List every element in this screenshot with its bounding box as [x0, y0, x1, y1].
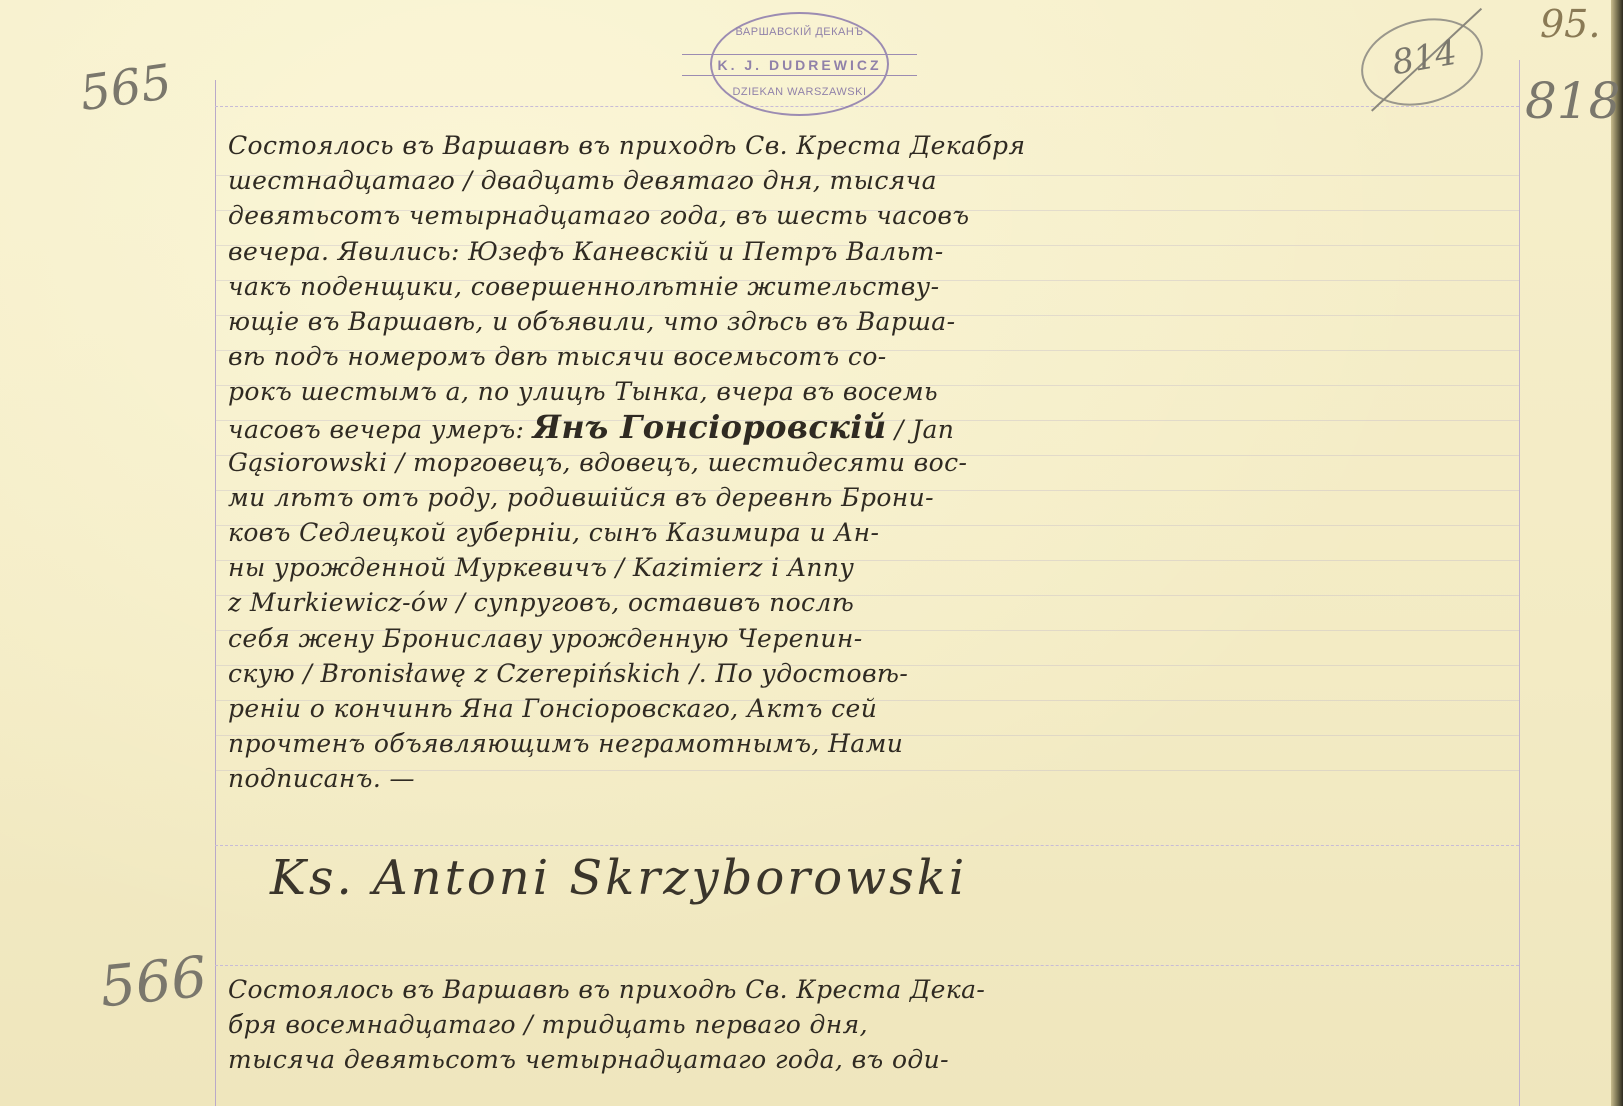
text-line: ющіе въ Варшавѣ, и объявили, что здѣсь в… [228, 304, 1518, 339]
text-line: бря восемнадцатаго / тридцать перваго дн… [228, 1007, 1518, 1042]
text-line: ны урожденной Муркевичъ / Kazimierz i An… [228, 550, 1518, 585]
text-line: вечера. Явились: Юзефъ Каневскій и Петръ… [228, 234, 1518, 269]
stamp-bottom-text: DZIEKAN WARSZAWSKI [712, 86, 887, 98]
text-line: чакъ поденщики, совершеннолѣтніе жительс… [228, 269, 1518, 304]
book-edge [1611, 0, 1623, 1106]
text-line: ковъ Седлецкой губерніи, сынъ Казимира и… [228, 515, 1518, 550]
entry-566-text: Состоялось въ Варшавѣ въ приходѣ Св. Кре… [228, 972, 1518, 1078]
stamp-top-text: ВАРШАВСКІЙ ДЕКАНЪ [712, 26, 887, 38]
text-line-with-name: часовъ вечера умеръ: Янъ Гонсіоровскій /… [228, 410, 1518, 445]
left-margin-rule [215, 80, 216, 1106]
signature-text: Ks. Antoni Skrzyborowski [270, 850, 967, 906]
text-line: скую / Bronisławę z Czerepińskich /. По … [228, 656, 1518, 691]
dean-stamp: ВАРШАВСКІЙ ДЕКАНЪ K. J. DUDREWICZ DZIEKA… [710, 12, 889, 116]
text-line: себя жену Брониславу урожденную Черепин- [228, 621, 1518, 656]
text-line: вѣ подъ номеромъ двѣ тысячи восемьсотъ с… [228, 339, 1518, 374]
text-fragment: часовъ вечера умеръ: [228, 415, 524, 444]
page-number-pencil: 818 [1525, 72, 1620, 130]
text-line: тысяча девятьсотъ четырнадцатаго года, в… [228, 1042, 1518, 1077]
stamp-middle-text: K. J. DUDREWICZ [682, 54, 917, 76]
entry-number-566: 566 [97, 945, 210, 1021]
document-page: ВАРШАВСКІЙ ДЕКАНЪ K. J. DUDREWICZ DZIEKA… [0, 0, 1623, 1106]
text-line: реніи о кончинѣ Яна Гонсіоровскаго, Актъ… [228, 691, 1518, 726]
text-line: Состоялось въ Варшавѣ въ приходѣ Св. Кре… [228, 128, 1518, 163]
page-number-ink: 95. [1540, 2, 1600, 46]
deceased-name: Янъ Гонсіоровскій [533, 410, 887, 445]
text-line: рокъ шестымъ а, по улицѣ Тынка, вчера въ… [228, 374, 1518, 409]
text-line: ми лѣтъ отъ роду, родившійся въ деревнѣ … [228, 480, 1518, 515]
text-line: шестнадцатаго / двадцать девятаго дня, т… [228, 163, 1518, 198]
priest-signature: Ks. Antoni Skrzyborowski [270, 850, 1500, 930]
entry-number-565: 565 [77, 54, 176, 122]
text-line: Состоялось въ Варшавѣ въ приходѣ Св. Кре… [228, 972, 1518, 1007]
ruled-line [215, 845, 1519, 846]
text-line: девятьсотъ четырнадцатаго года, въ шесть… [228, 198, 1518, 233]
deceased-name-polish: / Jan [895, 415, 954, 444]
right-margin-rule [1519, 60, 1520, 1106]
text-line: подписанъ. — [228, 761, 1518, 796]
ruled-line [215, 106, 1519, 107]
entry-565-text: Состоялось въ Варшавѣ въ приходѣ Св. Кре… [228, 128, 1518, 797]
text-line: z Murkiewicz-ów / супруговъ, оставивъ по… [228, 585, 1518, 620]
text-line: прочтенъ объявляющимъ неграмотнымъ, Нами [228, 726, 1518, 761]
ruled-line [215, 965, 1519, 966]
text-line: Gąsiorowski / торговецъ, вдовецъ, шестид… [228, 445, 1518, 480]
